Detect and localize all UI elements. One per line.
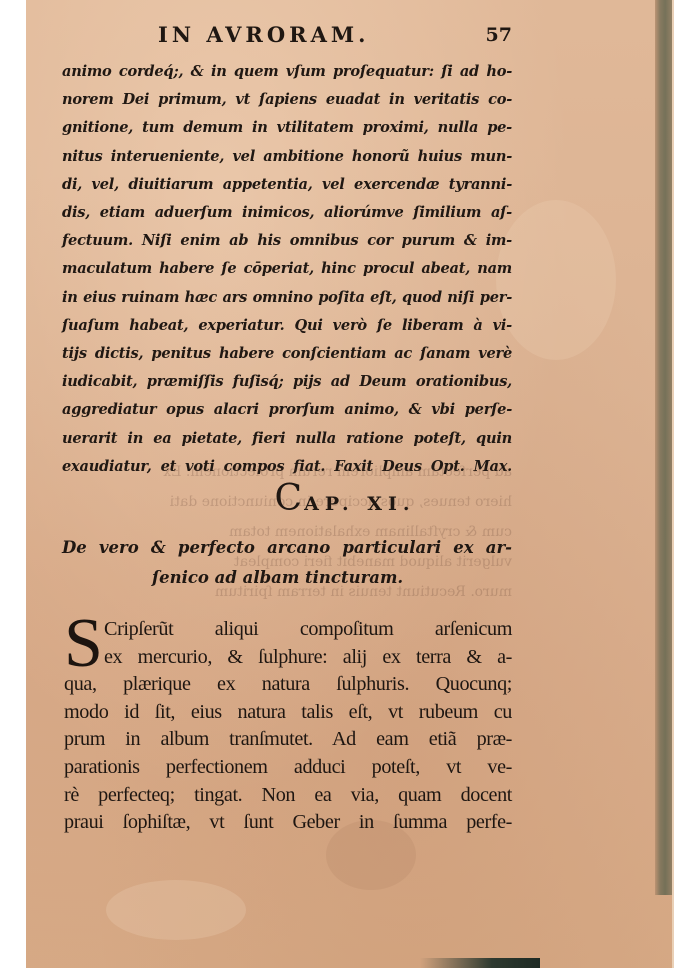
chapter-number: CAP. XI. — [0, 478, 690, 519]
text-line: rè perfecteq; tingat. Non ea via, quam d… — [64, 782, 512, 810]
text-line: ex mercurio, & ſulphure: alij ex terra &… — [64, 644, 512, 672]
text-line: tijs dictis, penitus habere conſcientiam… — [62, 340, 512, 368]
text-line: ſuaſum habeat, experiatur. Qui verò ſe l… — [62, 312, 512, 340]
text-line: fectuum. Niſi enim ab his omnibus cor pu… — [62, 227, 512, 255]
text-line: maculatum habere ſe cōperiat, hinc procu… — [62, 255, 512, 283]
text-line: di, vel, diuitiarum appetentia, vel exer… — [62, 171, 512, 199]
text-line: uerarit in ea pietate, fieri nulla ratio… — [62, 425, 512, 453]
text-line: Cripſerũt aliqui compoſitum arſenicum — [64, 616, 512, 644]
chapter-initial: C — [275, 478, 303, 519]
page-fore-edge — [655, 0, 672, 895]
text-line: animo cordeq́;, & in quem vſum proſequat… — [62, 58, 512, 86]
text-line: praui ſophiſtæ, vt ſunt Geber in ſumma p… — [64, 809, 512, 837]
text-line: iudicabit, præmiſſis fuſisq́; pijs ad De… — [62, 368, 512, 396]
text-line: in eius ruinam hæc ars omnino poſita eſt… — [62, 284, 512, 312]
text-line: gnitione, tum demum in vtilitatem proxim… — [62, 114, 512, 142]
text-line: prum in album tranſmutet. Ad eam etiã pr… — [64, 726, 512, 754]
bottom-edge-shadow — [420, 958, 540, 968]
italic-paragraph: animo cordeq́;, & in quem vſum proſequat… — [62, 58, 512, 481]
page-header: IN AVRORAM. 57 — [150, 22, 520, 52]
text-line: aggrediatur opus alacri prorſum animo, &… — [62, 396, 512, 424]
paper-stain — [106, 880, 246, 940]
roman-paragraph: Cripſerũt aliqui compoſitum arſenicum ex… — [64, 616, 512, 837]
paper-stain — [496, 200, 616, 360]
chapter-title-line: De vero & perfecto arcano particulari ex… — [62, 533, 512, 563]
text-line: nitus interueniente, vel ambitione honor… — [62, 143, 512, 171]
text-line: qua, plærique ex natura ſulphuris. Quocu… — [64, 671, 512, 699]
page-number: 57 — [486, 24, 512, 46]
text-line: norem Dei primum, vt ſapiens euadat in v… — [62, 86, 512, 114]
chapter-label: AP. XI. — [304, 493, 415, 515]
chapter-title: De vero & perfecto arcano particulari ex… — [62, 533, 512, 593]
text-line: modo id ſit, eius natura talis eſt, vt r… — [64, 699, 512, 727]
chapter-title-line: ſenico ad albam tincturam. — [62, 563, 512, 593]
text-line: dis, etiam aduerſum inimicos, aliorúmve … — [62, 199, 512, 227]
running-title: IN AVRORAM. — [158, 22, 369, 47]
text-line: parationis perfectionem adduci poteſt, v… — [64, 754, 512, 782]
